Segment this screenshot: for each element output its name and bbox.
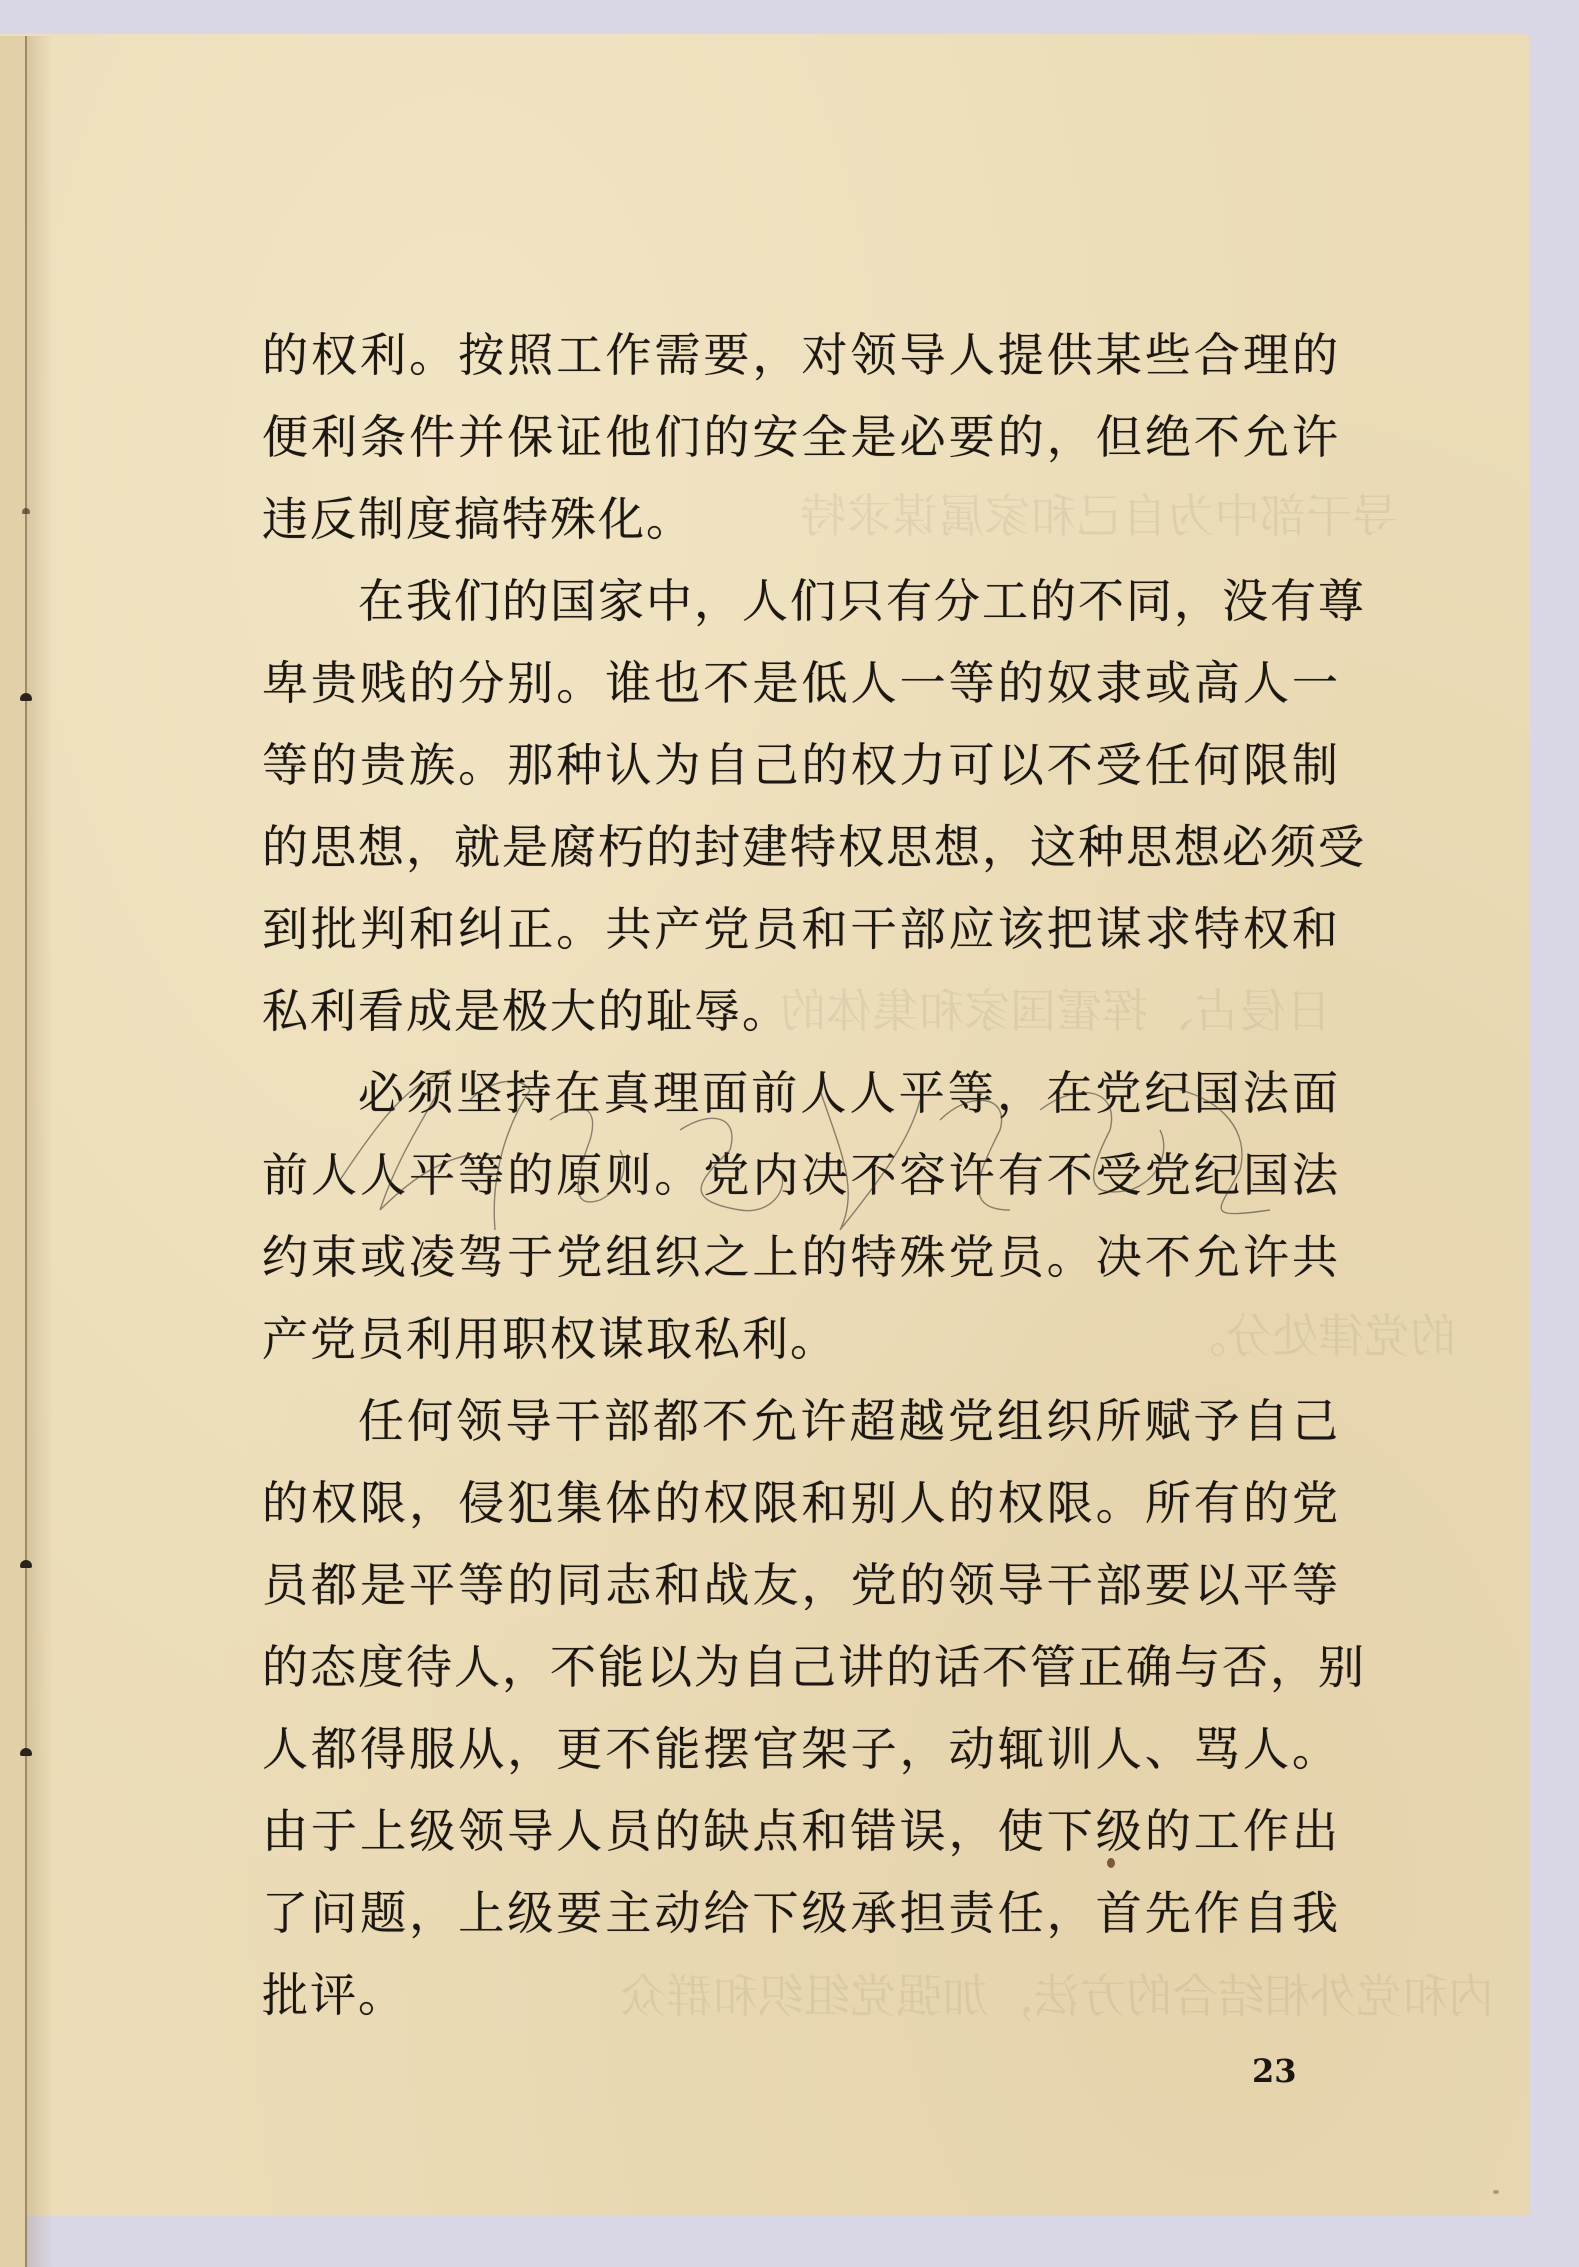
text-line: 卑贵贱的分别。谁也不是低人一等的奴隶或高人一: [262, 648, 1340, 730]
staple-icon: [20, 1560, 32, 1568]
text-line: 到批判和纠正。共产党员和干部应该把谋求特权和: [262, 894, 1340, 976]
page-number: 23: [1252, 2052, 1297, 2090]
staple-icon: [20, 1748, 32, 1756]
text-line: 了问题，上级要主动给下级承担责任，首先作自我: [262, 1878, 1340, 1960]
text-line: 由于上级领导人员的缺点和错误，使下级的工作出: [262, 1796, 1340, 1878]
paper-stain: [1493, 2190, 1499, 2194]
text-line: 前人人平等的原则。党内决不容许有不受党纪国法: [262, 1140, 1340, 1222]
text-line: 便利条件并保证他们的安全是必要的，但绝不允许: [262, 402, 1340, 484]
text-line: 人都得服从，更不能摆官架子，动辄训人、骂人。: [262, 1714, 1340, 1796]
text-line: 约束或凌驾于党组织之上的特殊党员。决不允许共: [262, 1222, 1340, 1304]
text-line: 等的贵族。那种认为自己的权力可以不受任何限制: [262, 730, 1340, 812]
text-line: 私利看成是极大的耻辱。: [262, 976, 1340, 1058]
binding-mark-icon: [22, 508, 30, 514]
text-line: 员都是平等的同志和战友，党的领导干部要以平等: [262, 1550, 1340, 1632]
text-line: 必须坚持在真理面前人人平等，在党纪国法面: [262, 1058, 1340, 1140]
text-line: 产党员利用职权谋取私利。: [262, 1304, 1340, 1386]
previous-page-edge: [0, 36, 26, 2267]
text-line: 任何领导干部都不允许超越党组织所赋予自己: [262, 1386, 1340, 1468]
text-line: 的权利。按照工作需要，对领导人提供某些合理的: [262, 320, 1340, 402]
staple-icon: [20, 693, 32, 701]
text-line: 违反制度搞特殊化。: [262, 484, 1340, 566]
text-line: 的态度待人，不能以为自己讲的话不管正确与否，别: [262, 1632, 1340, 1714]
text-line: 批评。: [262, 1960, 1340, 2042]
scan-background-corner: [0, 0, 53, 34]
paper-stain: [1107, 1858, 1115, 1868]
text-line: 在我们的国家中，人们只有分工的不同，没有尊: [262, 566, 1340, 648]
binding-shadow: [27, 36, 53, 2267]
text-line: 的权限，侵犯集体的权限和别人的权限。所有的党: [262, 1468, 1340, 1550]
text-line: 的思想，就是腐朽的封建特权思想，这种思想必须受: [262, 812, 1340, 894]
body-text: 的权利。按照工作需要，对领导人提供某些合理的 便利条件并保证他们的安全是必要的，…: [262, 320, 1340, 2042]
